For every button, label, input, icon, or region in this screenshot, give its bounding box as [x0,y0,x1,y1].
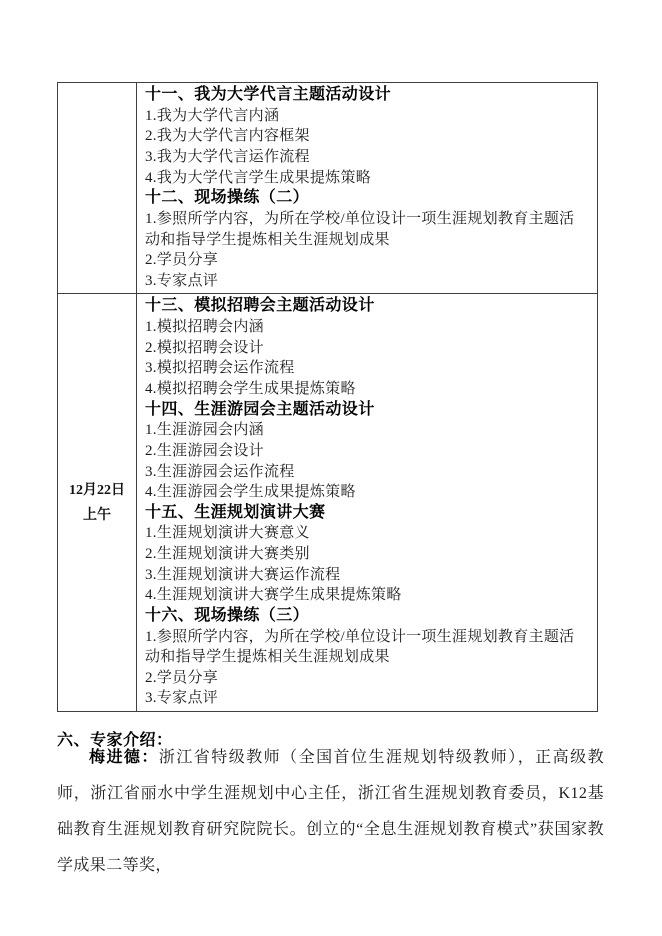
session-item: 2.生涯规划演讲大赛类别 [145,544,587,565]
session-item: 2.学员分享 [145,668,587,689]
session-item: 2.生涯游园会设计 [145,441,587,462]
session-item: 1.参照所学内容，为所在学校/单位设计一项生涯规划教育主题活动和指导学生提炼相关… [145,627,587,668]
session-title: 十三、模拟招聘会主题活动设计 [145,296,587,317]
table-row: 12月22日 上午 十三、模拟招聘会主题活动设计 1.模拟招聘会内涵 2.模拟招… [58,294,598,712]
session-item: 1.我为大学代言内涵 [145,106,587,127]
session-item: 2.模拟招聘会设计 [145,338,587,359]
session-item: 1.生涯游园会内涵 [145,420,587,441]
expert-intro-paragraph: 梅进德：浙江省特级教师（全国首位生涯规划特级教师），正高级教师，浙江省丽水中学生… [57,740,604,884]
content-cell: 十三、模拟招聘会主题活动设计 1.模拟招聘会内涵 2.模拟招聘会设计 3.模拟招… [137,294,598,712]
session-item: 2.我为大学代言内容框架 [145,126,587,147]
expert-name: 梅进德： [89,749,159,766]
session-item: 3.专家点评 [145,271,587,292]
session-title: 十六、现场操练（三） [145,606,587,627]
time-cell-empty [58,83,137,294]
schedule-table: 十一、我为大学代言主题活动设计 1.我为大学代言内涵 2.我为大学代言内容框架 … [57,82,598,712]
content-cell: 十一、我为大学代言主题活动设计 1.我为大学代言内涵 2.我为大学代言内容框架 … [137,83,598,294]
session-item: 3.模拟招聘会运作流程 [145,358,587,379]
session-title: 十二、现场操练（二） [145,188,587,209]
period-line: 上午 [58,503,136,528]
session-item: 4.生涯游园会学生成果提炼策略 [145,482,587,503]
session-item: 3.我为大学代言运作流程 [145,147,587,168]
session-item: 1.生涯规划演讲大赛意义 [145,523,587,544]
date-line: 12月22日 [58,478,136,503]
session-item: 1.参照所学内容，为所在学校/单位设计一项生涯规划教育主题活动和指导学生提炼相关… [145,209,587,250]
session-title: 十四、生涯游园会主题活动设计 [145,400,587,421]
session-title: 十一、我为大学代言主题活动设计 [145,85,587,106]
session-item: 4.生涯规划演讲大赛学生成果提炼策略 [145,585,587,606]
session-item: 3.生涯游园会运作流程 [145,462,587,483]
table-row: 十一、我为大学代言主题活动设计 1.我为大学代言内涵 2.我为大学代言内容框架 … [58,83,598,294]
time-cell: 12月22日 上午 [58,294,137,712]
session-title: 十五、生涯规划演讲大赛 [145,503,587,524]
session-item: 4.我为大学代言学生成果提炼策略 [145,168,587,189]
session-item: 3.生涯规划演讲大赛运作流程 [145,565,587,586]
session-item: 1.模拟招聘会内涵 [145,317,587,338]
session-item: 3.专家点评 [145,688,587,709]
session-item: 2.学员分享 [145,250,587,271]
session-item: 4.模拟招聘会学生成果提炼策略 [145,379,587,400]
expert-bio: 浙江省特级教师（全国首位生涯规划特级教师），正高级教师，浙江省丽水中学生涯规划中… [57,749,604,874]
document-page: 十一、我为大学代言主题活动设计 1.我为大学代言内涵 2.我为大学代言内容框架 … [0,0,662,936]
